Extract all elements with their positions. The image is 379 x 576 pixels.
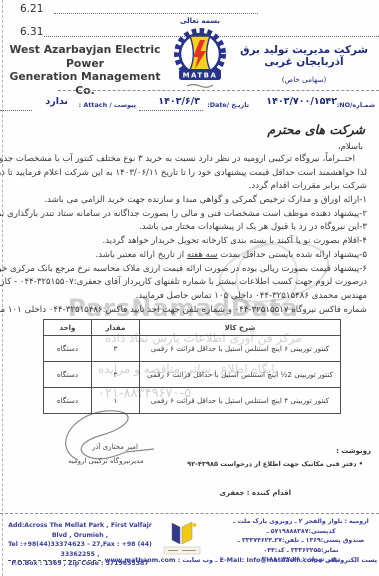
bismillah-text: بسمه تعالی	[167, 17, 233, 25]
list-item: ۳-این نیروگاه در رد یا قبول هر یک از پیش…	[14, 221, 367, 235]
ref-attach-label: پیوست / Attach :	[79, 101, 136, 109]
item5-post: از تاریخ ارائه معتبر باشد.	[95, 250, 186, 260]
table-row: کنتور توربینی ۴ اینچ استنلس استیل با حدا…	[44, 388, 341, 414]
company-name-en: West Azarbayjan Electric Power Generatio…	[5, 43, 165, 97]
footer-address-fa-line: صندوق پستی:۱۳۶۹ ـ تلفن:۲۷ـ۳۳۳۷۴۶۲۳ ـ نما…	[225, 536, 377, 555]
contact-line: مهندس محمدی ۳۲۵۱۵۴۸۶-۰۴۴ داخلی ۱۰۵ تماس …	[14, 290, 367, 304]
list-item-5: ۵-پیشنهاد ارائه شده بایستی حداقل بمدت سه…	[14, 249, 367, 263]
footer-email-dash-line	[8, 560, 101, 561]
intro-line: احتــراماً، نیروگاه ترکیبی ارومیه در نظر…	[14, 153, 367, 167]
list-item: ۲-پیشنهاد دهنده موظف است مشخصات فنی و ما…	[14, 208, 367, 222]
item-description: کنتور توربینی 2½ اینچ استنلس استیل با حد…	[139, 362, 340, 388]
signatory-title: مدیرنیروگاه ترکیبی ارومیه	[68, 457, 156, 465]
item-unit: دستگاه	[44, 362, 92, 388]
ref-no-value: ۱۴۰۳/۷۰۰/۱۵۴۲	[266, 96, 337, 107]
company-name-en-line2: Generation Management Co.	[5, 70, 165, 97]
header-separator-line	[58, 90, 379, 91]
intro-line: لذا خواهشمند است حداقل قیمت پیشنهادی خود…	[14, 167, 367, 181]
intro-line: شرکت برابر مقررات اقدام گردد.	[14, 180, 367, 194]
ref-no-label: شمـاره/NO:	[337, 101, 375, 109]
company-name-fa-title: شرکت مدیریت تولید برق آذربایجان غربی	[233, 44, 375, 68]
item-description: کنتور توربینی ۶ اینچ استنلس استیل با حدا…	[139, 336, 340, 362]
footer-separator-line	[0, 513, 379, 514]
item-quantity: ۳	[91, 336, 139, 362]
letter-greeting: باسلام،	[338, 142, 363, 152]
handler-name: اقدام کننده : جعفری	[220, 489, 291, 497]
item5-pre: ۵-پیشنهاد ارائه شده بایستی حداقل بمدت	[217, 250, 367, 260]
footer-email-row: پست الکترونیکی : E-Mail: info@matbaom.co…	[4, 556, 377, 564]
item5-underlined: سه هفته	[187, 250, 218, 260]
col-header-description: شرح کالا	[139, 320, 340, 336]
ref-attach-value: ندارد	[45, 96, 68, 107]
list-item: ۴-اقلام بصورت نو یا آکبند با بسته بندی ک…	[14, 235, 367, 249]
table-row: کنتور توربینی ۶ اینچ استنلس استیل با حدا…	[44, 336, 341, 362]
item-unit: دستگاه	[44, 336, 92, 362]
signatory-name: امیر مختاری آذر	[92, 443, 154, 451]
footer-address-fa-line: ارومیه : بلوار والفجر ۲ ـ روبروی پارک مل…	[225, 517, 377, 536]
company-logo-icon: MATBA	[167, 27, 233, 91]
ref-date-value: ۱۴۰۳/۶/۳	[158, 96, 200, 107]
table-header-row: شرح کالا مقدار واحد	[44, 320, 341, 336]
footer-address-en-line: Add:Across The Mellat Park , First Valfa…	[3, 521, 157, 540]
ref-attach-underline	[0, 110, 32, 111]
item-quantity: ۱	[91, 388, 139, 414]
footer-logo-icon	[160, 518, 204, 560]
item-quantity: ۳	[91, 362, 139, 388]
company-name-fa-sub: (سهامی خاص)	[233, 75, 375, 84]
col-header-unit: واحد	[44, 320, 92, 336]
cc-item: دفتر فنی مکانیک جهت اطلاع از درخواست ۴۳۹…	[187, 460, 363, 468]
ref-date-underline	[139, 110, 203, 111]
item-unit: دستگاه	[44, 388, 92, 414]
scanned-letter-page: 6.21 6.31 West Azarbayjan Electric Power…	[0, 0, 379, 576]
item-description: کنتور توربینی ۴ اینچ استنلس استیل با حدا…	[139, 388, 340, 414]
footer-email-text: پست الکترونیکی : E-Mail: info@matbaom.co…	[105, 556, 377, 564]
dotted-line-top-1	[54, 13, 258, 14]
company-name-fa: شرکت مدیریت تولید برق آذربایجان غربی (سه…	[233, 44, 375, 84]
list-item: ۶-پیشنهاد قیمت بصورت ریالی بوده در صورت …	[14, 263, 367, 277]
table-row: کنتور توربینی 2½ اینچ استنلس استیل با حد…	[44, 362, 341, 388]
logo-wordmark: MATBA	[183, 72, 218, 80]
items-table: شرح کالا مقدار واحد کنتور توربینی ۶ اینچ…	[43, 319, 341, 414]
list-item: ۱-ارائه اوراق و مدارک ترخیص گمرکی و گواه…	[14, 194, 367, 208]
col-header-quantity: مقدار	[91, 320, 139, 336]
company-name-en-line1: West Azarbayjan Electric Power	[5, 43, 165, 70]
contact-line: شماره فاکس نیروگاه ۳۲۵۱۵۵۱۷-۰۴۴ و شماره …	[14, 304, 367, 318]
letter-salutation: شرکت های محترم	[267, 122, 365, 137]
letter-body: احتــراماً، نیروگاه ترکیبی ارومیه در نظر…	[14, 153, 367, 317]
corner-mark-1: 6.21	[20, 3, 43, 15]
cc-label: رونوشت :	[336, 447, 371, 455]
corner-mark-2: 6.31	[20, 26, 43, 38]
ref-date-label: تاریـخ /Date:	[207, 101, 249, 109]
contact-line: درصورت لزوم جهت کسب اطلاعات بیشتر با شما…	[14, 276, 367, 290]
